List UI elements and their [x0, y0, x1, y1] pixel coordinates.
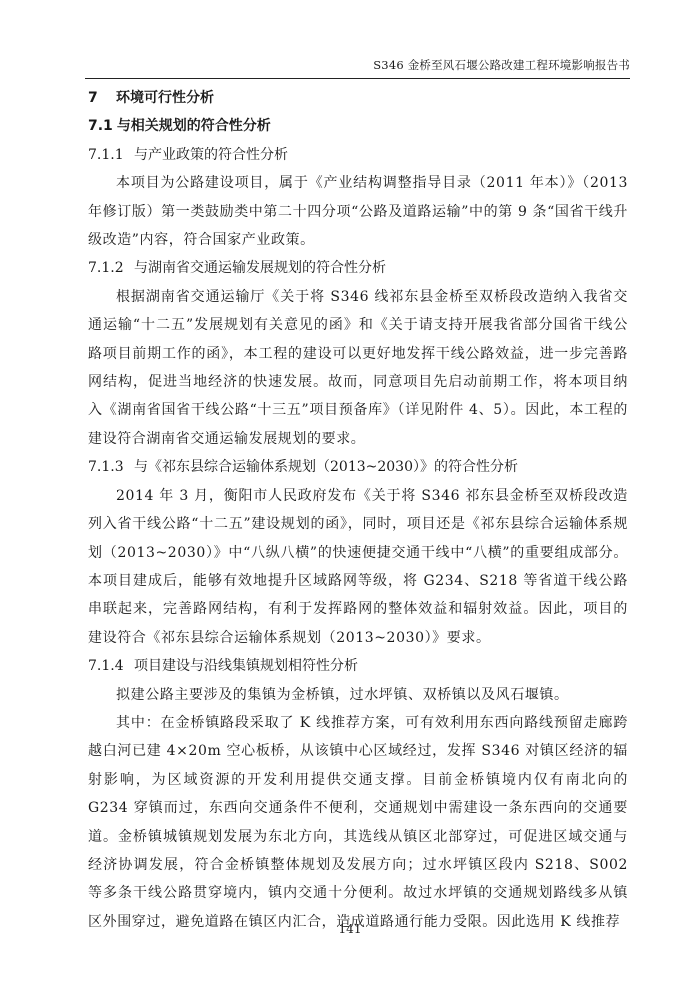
chapter-number: 7 [88, 84, 116, 112]
paragraph: 2014 年 3 月，衡阳市人民政府发布《关于将 S346 祁东县金桥至双桥段改… [88, 482, 628, 652]
paragraph: 根据湖南省交通运输厅《关于将 S346 线祁东县金桥至双桥段改造纳入我省交通运输… [88, 283, 628, 453]
subsection-heading-7-1-3: 7.1.3与《祁东县综合运输体系规划（2013~2030）》的符合性分析 [88, 453, 628, 481]
paragraph: 其中：在金桥镇路段采取了 K 线推荐方案，可有效利用东西向路线预留走廊跨越白河已… [88, 709, 628, 936]
section-heading: 7.1与相关规划的符合性分析 [88, 112, 628, 140]
subsection-heading-7-1-1: 7.1.1与产业政策的符合性分析 [88, 141, 628, 169]
subsection-title: 与产业政策的符合性分析 [134, 147, 288, 163]
subsection-number: 7.1.1 [88, 141, 134, 169]
subsection-number: 7.1.2 [88, 254, 134, 282]
page-number: 141 [0, 922, 700, 936]
subsection-heading-7-1-2: 7.1.2与湖南省交通运输发展规划的符合性分析 [88, 254, 628, 282]
subsection-number: 7.1.3 [88, 453, 134, 481]
paragraph: 本项目为公路建设项目，属于《产业结构调整指导目录（2011 年本）》（2013 … [88, 169, 628, 254]
subsection-heading-7-1-4: 7.1.4项目建设与沿线集镇规划相符性分析 [88, 652, 628, 680]
subsection-title: 与湖南省交通运输发展规划的符合性分析 [134, 260, 386, 276]
section-number: 7.1 [88, 118, 113, 134]
subsection-title: 项目建设与沿线集镇规划相符性分析 [134, 658, 358, 674]
chapter-title: 环境可行性分析 [116, 90, 214, 106]
running-header: S346 金桥至风石堰公路改建工程环境影响报告书 [85, 56, 630, 79]
page-body: 7环境可行性分析 7.1与相关规划的符合性分析 7.1.1与产业政策的符合性分析… [88, 84, 628, 936]
section-title: 与相关规划的符合性分析 [117, 118, 271, 134]
subsection-number: 7.1.4 [88, 652, 134, 680]
header-title: S346 金桥至风石堰公路改建工程环境影响报告书 [373, 58, 630, 72]
chapter-heading: 7环境可行性分析 [88, 84, 628, 112]
paragraph: 拟建公路主要涉及的集镇为金桥镇，过水坪镇、双桥镇以及风石堰镇。 [88, 681, 628, 709]
subsection-title: 与《祁东县综合运输体系规划（2013~2030）》的符合性分析 [134, 459, 518, 475]
